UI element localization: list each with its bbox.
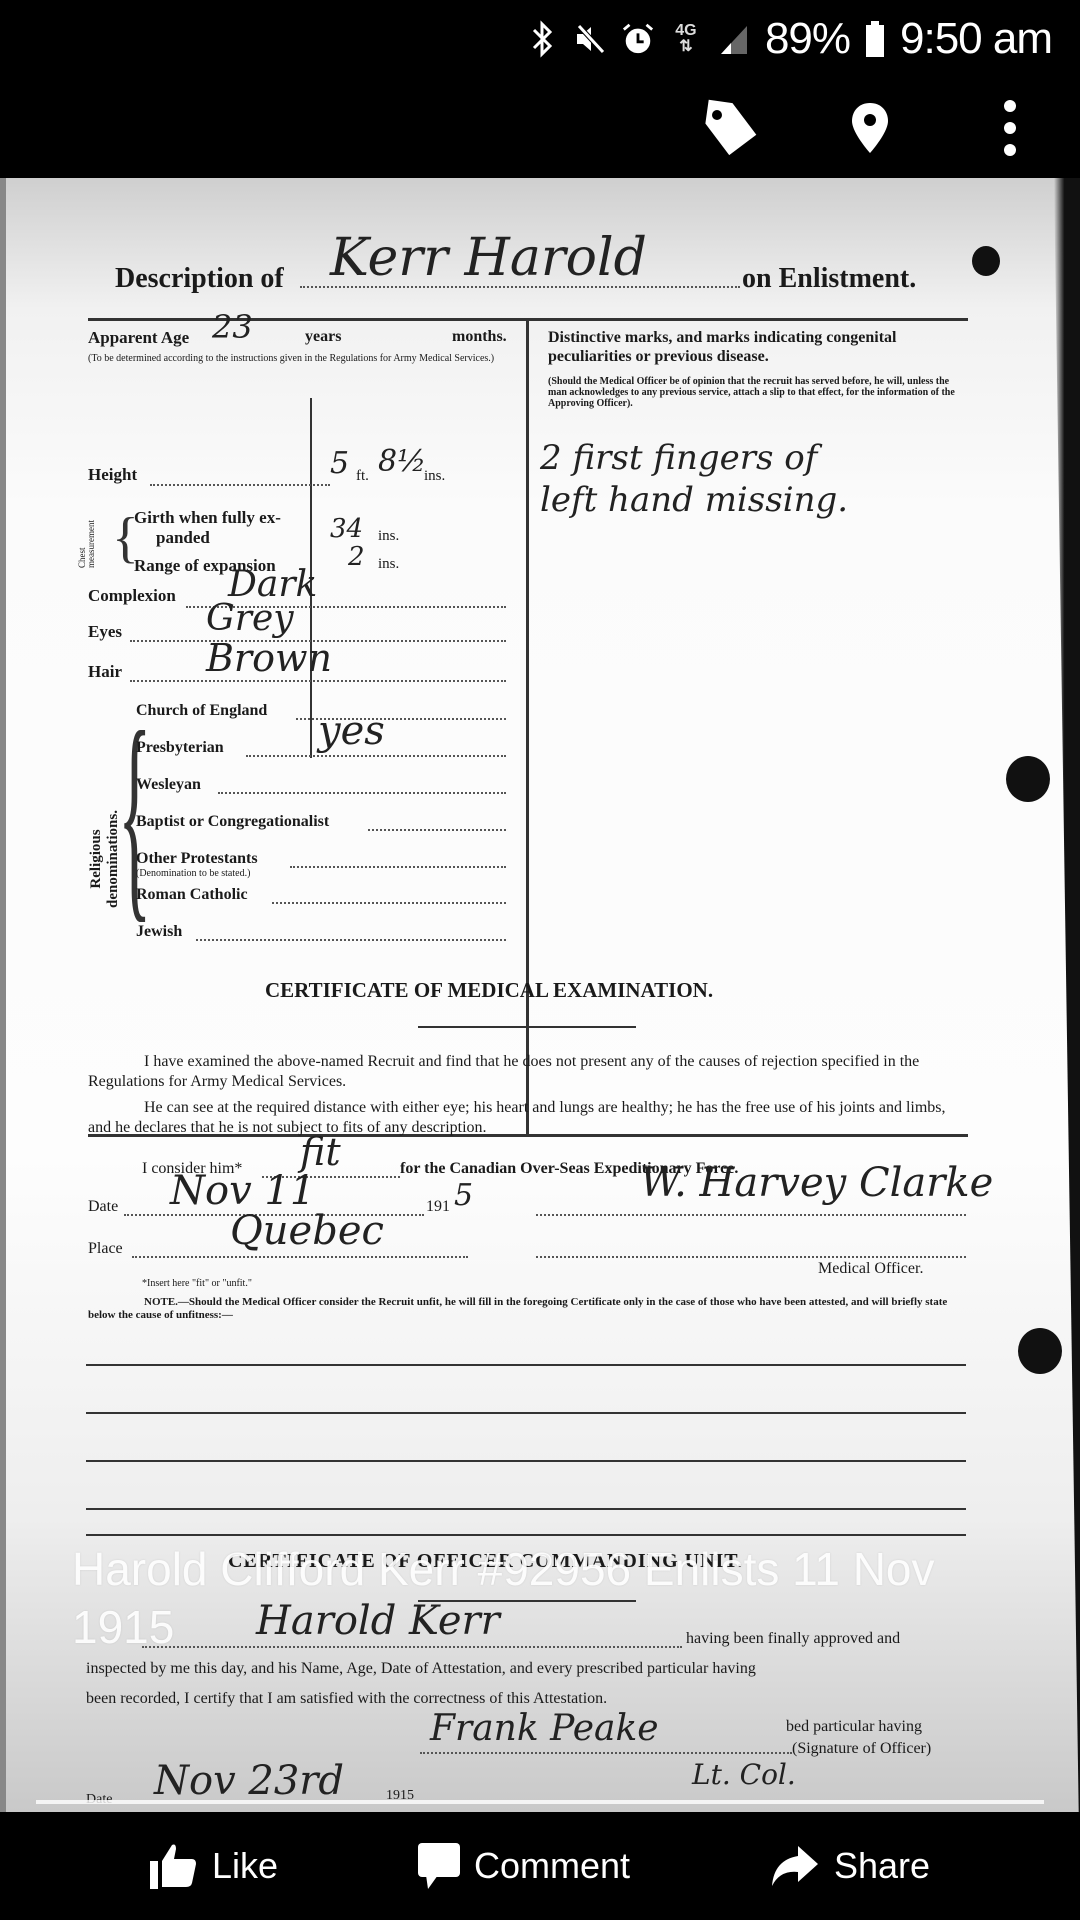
chest-label: Chest measurement: [78, 508, 96, 568]
ruled-line: [86, 1364, 966, 1366]
final-date-value: Nov 23rd: [154, 1758, 344, 1804]
height-feet-value: 5: [330, 446, 349, 481]
year-value: 5: [454, 1178, 473, 1213]
date-label: Date: [88, 1198, 118, 1216]
apparent-age-label: Apparent Age: [88, 328, 189, 348]
alarm-icon: [621, 19, 655, 59]
dotted-line: [218, 792, 506, 794]
year-prefix: 191: [426, 1198, 450, 1216]
insert-note: *Insert here "fit" or "unfit.": [142, 1278, 252, 1289]
religion-presbyterian: Presbyterian: [136, 739, 224, 757]
hair-label: Hair: [88, 662, 122, 682]
years-label: years: [305, 328, 341, 346]
share-button[interactable]: Share: [770, 1844, 930, 1888]
dotted-line: [150, 484, 330, 486]
eyes-value: Grey: [206, 598, 294, 639]
girth-value: 34: [330, 514, 363, 544]
medical-officer-signature: W. Harvey Clarke: [640, 1160, 993, 1206]
ruled-line: [86, 1460, 966, 1462]
dotted-line: [536, 1214, 966, 1216]
distinctive-marks-heading: Distinctive marks, and marks indicating …: [548, 328, 968, 366]
ins-label: ins.: [378, 556, 399, 573]
medical-certificate-title: CERTIFICATE OF MEDICAL EXAMINATION.: [265, 978, 713, 1003]
ruled-line: [86, 1508, 966, 1510]
religion-baptist: Baptist or Congregationalist: [136, 813, 329, 831]
share-label: Share: [834, 1845, 930, 1887]
dotted-line: [420, 1752, 792, 1754]
reaction-bar: Like Comment Share: [0, 1812, 1080, 1920]
bluetooth-icon: [525, 19, 559, 59]
comment-icon: [418, 1843, 460, 1889]
other-protestants-note: (Denomination to be stated.): [136, 868, 250, 879]
religion-other-protestants: Other Protestants: [136, 850, 258, 868]
photo-action-bar: [0, 78, 1080, 178]
dotted-line: [132, 1256, 468, 1258]
distinctive-marks-note: (Should the Medical Officer be of opinio…: [548, 376, 968, 409]
officer-rank: Lt. Col.: [692, 1758, 796, 1791]
punch-hole: [972, 246, 1000, 276]
ruled-line: [86, 1412, 966, 1414]
officer-paragraph-ghost: bed particular having: [786, 1718, 922, 1736]
photo-divider-line: [36, 1800, 1044, 1804]
clock: 9:50 am: [900, 14, 1052, 64]
distinctive-marks-value-1: 2 first fingers of: [540, 438, 817, 478]
battery-percent: 89%: [765, 14, 850, 64]
title-suffix: on Enlistment.: [742, 263, 916, 295]
photo-viewer[interactable]: Description of Kerr Harold on Enlistment…: [0, 178, 1080, 1812]
battery-icon: [864, 19, 886, 59]
medical-cert-paragraph-2: He can see at the required distance with…: [88, 1098, 968, 1138]
dotted-line: [368, 829, 506, 831]
dotted-line: [196, 939, 506, 941]
tag-icon: [699, 97, 761, 159]
height-label: Height: [88, 465, 137, 485]
location-pin-icon: [850, 101, 890, 155]
dotted-line: [290, 866, 506, 868]
medical-cert-paragraph-1: I have examined the above-named Recruit …: [88, 1052, 968, 1092]
location-button[interactable]: [800, 78, 940, 178]
girth-label-2: panded: [156, 528, 210, 548]
officer-paragraph-3: been recorded, I certify that I am satis…: [86, 1690, 607, 1708]
photo-caption: Harold Clifford Kerr #92956 Enlists 11 N…: [72, 1540, 972, 1656]
like-label: Like: [212, 1845, 278, 1887]
like-button[interactable]: Like: [150, 1843, 278, 1889]
title-name-handwritten: Kerr Harold: [330, 228, 647, 288]
religion-wesleyan: Wesleyan: [136, 776, 201, 794]
comment-button[interactable]: Comment: [418, 1843, 630, 1889]
more-options-button[interactable]: [940, 78, 1080, 178]
girth-label: Girth when fully ex-: [134, 508, 281, 528]
hair-value: Brown: [206, 636, 332, 680]
religion-roman-catholic: Roman Catholic: [136, 886, 248, 904]
punch-hole: [1006, 756, 1050, 802]
tag-button[interactable]: [660, 78, 800, 178]
ins-label: ins.: [424, 468, 445, 485]
complexion-label: Complexion: [88, 586, 176, 606]
distinctive-marks-value-2: left hand missing.: [540, 480, 848, 520]
more-options-icon: [1002, 98, 1018, 158]
4g-icon: 4G⇅: [669, 19, 703, 59]
divider: [526, 320, 529, 1136]
apparent-age-value: 23: [212, 308, 253, 346]
months-label: months.: [452, 328, 507, 346]
religion-label: Religiousdenominations.: [88, 810, 122, 908]
mute-icon: [573, 19, 607, 59]
ft-label: ft.: [356, 468, 369, 485]
religion-church-of-england: Church of England: [136, 702, 267, 720]
officer-paragraph-2: inspected by me this day, and his Name, …: [86, 1660, 756, 1678]
range-value: 2: [348, 542, 365, 572]
medical-officer-label: Medical Officer.: [818, 1260, 923, 1278]
comment-label: Comment: [474, 1845, 630, 1887]
age-note: (To be determined according to the instr…: [88, 353, 508, 365]
title-prefix: Description of: [115, 263, 284, 295]
unfit-note: NOTE.—Should the Medical Officer conside…: [88, 1296, 968, 1322]
ruled-line: [86, 1534, 966, 1536]
eyes-label: Eyes: [88, 622, 122, 642]
signal-icon: [717, 19, 751, 59]
officer-signature: Frank Peake: [430, 1708, 659, 1749]
religion-presbyterian-value: yes: [318, 708, 385, 754]
dotted-line: [130, 680, 506, 682]
dotted-line: [272, 902, 506, 904]
punch-hole: [1018, 1328, 1062, 1374]
dotted-line: [246, 755, 506, 757]
height-inches-value: 8½: [378, 444, 426, 479]
thumbs-up-icon: [150, 1843, 198, 1889]
dotted-line: [536, 1256, 966, 1258]
share-arrow-icon: [770, 1844, 820, 1888]
signature-of-officer-label: (Signature of Officer): [792, 1740, 931, 1758]
ornament-rule: [418, 1026, 636, 1028]
status-bar: 4G⇅ 89% 9:50 am: [0, 0, 1080, 78]
ins-label: ins.: [378, 528, 399, 545]
place-value: Quebec: [230, 1208, 384, 1254]
religion-jewish: Jewish: [136, 923, 182, 941]
place-label: Place: [88, 1240, 123, 1258]
